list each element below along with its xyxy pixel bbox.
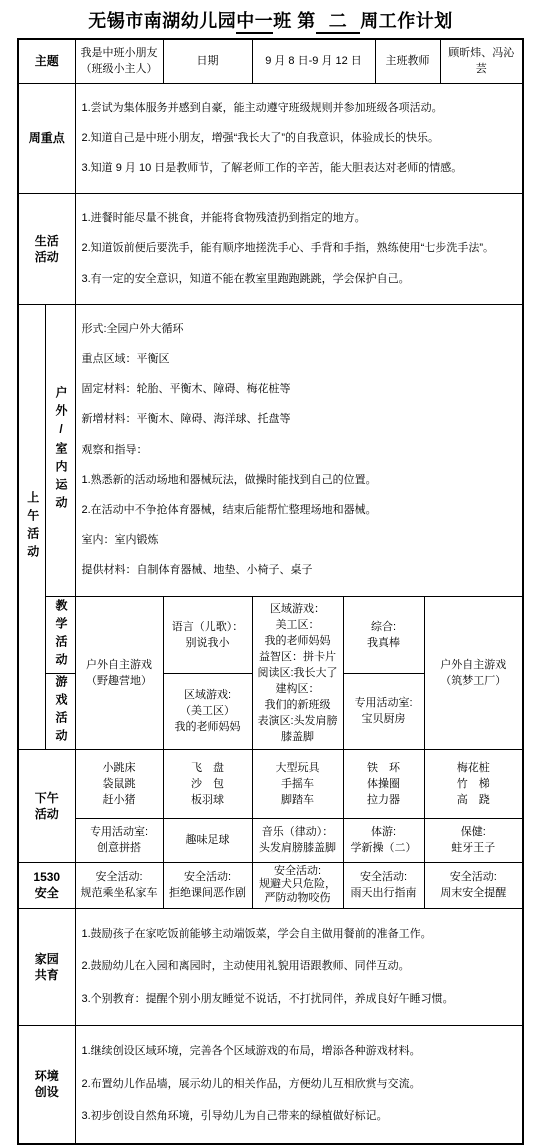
- sport-label-cell: 户外/室内运动: [46, 304, 75, 596]
- title-part: 无锡市南湖幼儿园: [88, 11, 236, 31]
- afternoon-cell: 趣味足球: [163, 818, 252, 862]
- teaching-label-cell: 教学活动: [46, 596, 75, 673]
- home-label: 家园 共育: [18, 908, 75, 1026]
- text-line: 2.知道饭前便后要洗手，能有顺序地搓洗手心、手背和手指，熟练使用“七步洗手法”。: [82, 241, 517, 256]
- comprehensive-cell: 综合: 我真棒: [343, 596, 424, 673]
- title-part: 班 第: [273, 11, 316, 31]
- afternoon-cell: 音乐（律动）： 头发肩膀膝盖脚: [252, 818, 343, 862]
- teacher-label: 主班教师: [375, 39, 440, 83]
- text-line: 新增材料：平衡木、障碍、海洋球、托盘等: [82, 412, 517, 427]
- text-line: 1.鼓励孩子在家吃饭前能够主动端饭菜，学会自主做用餐前的准备工作。: [82, 926, 517, 944]
- theme-label: 主题: [18, 39, 75, 83]
- afternoon-cell: 保健: 蛀牙王子: [424, 818, 523, 862]
- text-line: 观察和指导：: [82, 443, 517, 458]
- morning-label-cell: 上午活动: [18, 304, 46, 749]
- afternoon-cell: 体游: 学新操（二）: [343, 818, 424, 862]
- environment-label: 环境 创设: [18, 1026, 75, 1144]
- life-label: 生活 活动: [18, 194, 75, 305]
- title-part: 周工作计划: [360, 11, 453, 31]
- week-focus-row: 周重点 1.尝试为集体服务并感到自豪，能主动遵守班级规则并参加班级各项活动。 2…: [18, 83, 523, 194]
- afternoon-cell: 小跳床 袋鼠跳 赶小猪: [75, 749, 163, 818]
- home-content: 1.鼓励孩子在家吃饭前能够主动端饭菜，学会自主做用餐前的准备工作。 2.鼓励幼儿…: [75, 908, 523, 1026]
- art-region-cell: 区域游戏: （美工区） 我的老师妈妈: [163, 673, 252, 749]
- teacher-value: 顾昕炜、冯沁芸: [440, 39, 523, 83]
- text-line: 3.知道 9 月 10 日是教师节，了解老师工作的辛苦，能大胆表达对老师的情感。: [82, 161, 517, 176]
- text-line: 3.个别教育：提醒个别小朋友睡觉不说话，不打扰同伴，养成良好午睡习惯。: [82, 991, 517, 1009]
- sport-label: 户外/室内运动: [53, 386, 68, 514]
- special-room-cell: 专用活动室: 宝贝厨房: [343, 673, 424, 749]
- text-line: 2.知道自己是中班小朋友，增强“我长大了”的自我意识，体验成长的快乐。: [82, 131, 517, 146]
- text-line: 3.初步创设自然角环境，引导幼儿为自己带来的绿植做好标记。: [82, 1108, 517, 1126]
- text-line: 1.进餐时能尽量不挑食，并能将食物残渣扔到指定的地方。: [82, 211, 517, 226]
- safety-cell: 安全活动: 拒绝课间恶作剧: [163, 862, 252, 908]
- environment-content: 1.继续创设区域环境，完善各个区域游戏的布局，增添各种游戏材料。 2.布置幼儿作…: [75, 1026, 523, 1144]
- date-label: 日期: [163, 39, 252, 83]
- afternoon-cell: 专用活动室: 创意拼搭: [75, 818, 163, 862]
- date-value: 9 月 8 日-9 月 12 日: [252, 39, 375, 83]
- afternoon-cell: 飞 盘 沙 包 板羽球: [163, 749, 252, 818]
- safety-label: 1530 安全: [18, 862, 75, 908]
- safety-row: 1530 安全 安全活动: 规范乘坐私家车 安全活动: 拒绝课间恶作剧 安全活动…: [18, 862, 523, 908]
- afternoon-row-1: 下午 活动 小跳床 袋鼠跳 赶小猪 飞 盘 沙 包 板羽球 大型玩具 手摇车 脚…: [18, 749, 523, 818]
- safety-cell: 安全活动: 周末安全提醒: [424, 862, 523, 908]
- safety-cell: 安全活动: 规避犬只危险， 严防动物咬伤: [252, 862, 343, 908]
- title-week-underlined: 二: [316, 11, 361, 34]
- theme-value: 我是中班小朋友 （班级小主人）: [75, 39, 163, 83]
- weekly-plan-table: 主题 我是中班小朋友 （班级小主人） 日期 9 月 8 日-9 月 12 日 主…: [17, 38, 524, 1145]
- text-line: 2.在活动中不争抢体育器械，结束后能帮忙整理场地和器械。: [82, 503, 517, 518]
- life-activity-row: 生活 活动 1.进餐时能尽量不挑食，并能将食物残渣扔到指定的地方。 2.知道饭前…: [18, 194, 523, 305]
- week-focus-content: 1.尝试为集体服务并感到自豪，能主动遵守班级规则并参加班级各项活动。 2.知道自…: [75, 83, 523, 194]
- text-line: 3.有一定的安全意识，知道不能在教室里跑跑跳跳，学会保护自己。: [82, 272, 517, 287]
- week-focus-label: 周重点: [18, 83, 75, 194]
- text-line: 2.鼓励幼儿在入园和离园时，主动使用礼貌用语跟教师、同伴互动。: [82, 958, 517, 976]
- region-areas-cell: 区域游戏： 美工区： 我的老师妈妈 益智区：拼卡片 阅读区:我长大了 建构区： …: [252, 596, 343, 749]
- safety-cell: 安全活动: 雨天出行指南: [343, 862, 424, 908]
- afternoon-label: 下午 活动: [18, 749, 75, 862]
- afternoon-row-2: 专用活动室: 创意拼搭 趣味足球 音乐（律动）： 头发肩膀膝盖脚 体游: 学新操…: [18, 818, 523, 862]
- sport-content: 形式:全园户外大循环 重点区域：平衡区 固定材料：轮胎、平衡木、障碍、梅花桩等 …: [75, 304, 523, 596]
- life-content: 1.进餐时能尽量不挑食，并能将食物残渣扔到指定的地方。 2.知道饭前便后要洗手，…: [75, 194, 523, 305]
- morning-label: 上午活动: [25, 491, 40, 563]
- game-label-cell: 游戏活动: [46, 673, 75, 749]
- text-line: 1.继续创设区域环境，完善各个区域游戏的布局，增添各种游戏材料。: [82, 1043, 517, 1061]
- page-title: 无锡市南湖幼儿园中一班 第二周工作计划: [0, 0, 541, 33]
- language-cell: 语言（儿歌）： 别说我小: [163, 596, 252, 673]
- outdoor-factory-cell: 户外自主游戏 （筑梦工厂）: [424, 596, 523, 749]
- outdoor-camp-cell: 户外自主游戏 （野趣营地）: [75, 596, 163, 749]
- afternoon-cell: 铁 环 体操圈 拉力器: [343, 749, 424, 818]
- teaching-activity-row: 教学活动 户外自主游戏 （野趣营地） 语言（儿歌）： 别说我小 区域游戏： 美工…: [18, 596, 523, 673]
- text-line: 1.尝试为集体服务并感到自豪，能主动遵守班级规则并参加班级各项活动。: [82, 101, 517, 116]
- text-line: 提供材料：自制体育器械、地垫、小椅子、桌子: [82, 563, 517, 578]
- text-line: 1.熟悉新的活动场地和器械玩法，做操时能找到自己的位置。: [82, 473, 517, 488]
- afternoon-cell: 梅花桩 竹 梯 高 跷: [424, 749, 523, 818]
- text-line: 形式:全园户外大循环: [82, 322, 517, 337]
- morning-sport-row: 上午活动 户外/室内运动 形式:全园户外大循环 重点区域：平衡区 固定材料：轮胎…: [18, 304, 523, 596]
- safety-cell: 安全活动: 规范乘坐私家车: [75, 862, 163, 908]
- header-row: 主题 我是中班小朋友 （班级小主人） 日期 9 月 8 日-9 月 12 日 主…: [18, 39, 523, 83]
- home-coop-row: 家园 共育 1.鼓励孩子在家吃饭前能够主动端饭菜，学会自主做用餐前的准备工作。 …: [18, 908, 523, 1026]
- teaching-label: 教学活动: [53, 599, 68, 671]
- text-line: 室内：室内锻炼: [82, 533, 517, 548]
- afternoon-cell: 大型玩具 手摇车 脚踏车: [252, 749, 343, 818]
- text-line: 2.布置幼儿作品墙，展示幼儿的相关作品，方便幼儿互相欣赏与交流。: [82, 1076, 517, 1094]
- environment-row: 环境 创设 1.继续创设区域环境，完善各个区域游戏的布局，增添各种游戏材料。 2…: [18, 1026, 523, 1144]
- text-line: 重点区域：平衡区: [82, 352, 517, 367]
- title-class-underlined: 中一: [236, 11, 273, 34]
- text-line: 固定材料：轮胎、平衡木、障碍、梅花桩等: [82, 382, 517, 397]
- game-label: 游戏活动: [53, 675, 68, 747]
